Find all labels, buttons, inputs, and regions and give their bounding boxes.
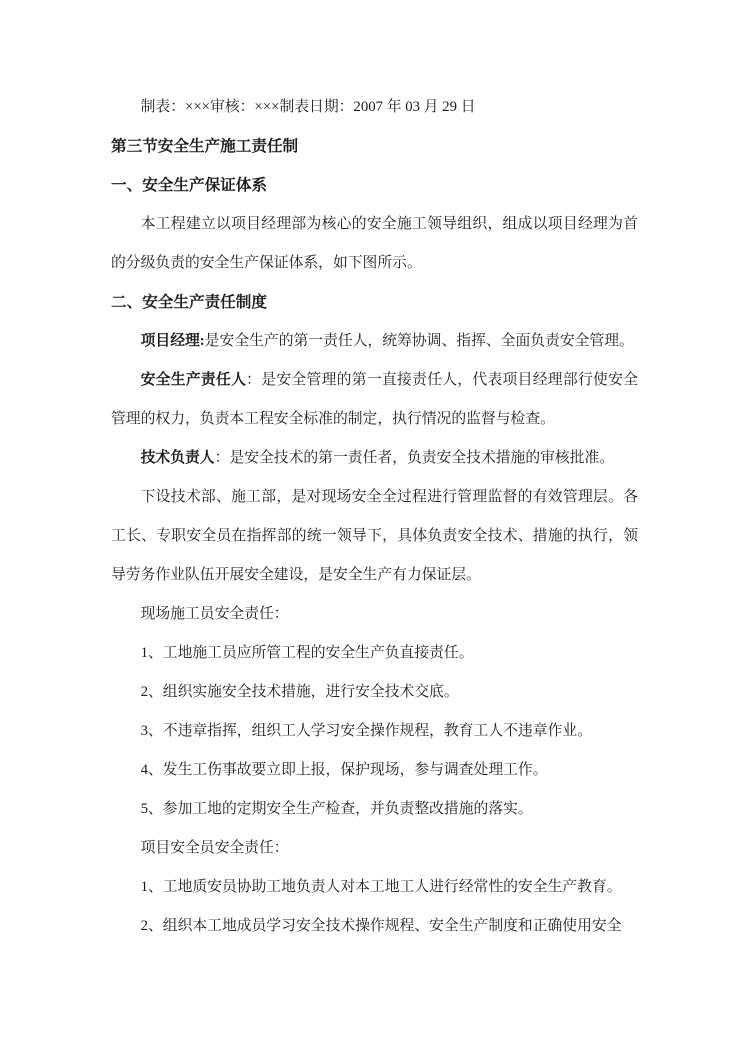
paragraph: 现场施工员安全责任： xyxy=(111,595,638,634)
paragraph: 5、参加工地的定期安全生产检查，并负责整改措施的落实。 xyxy=(111,790,638,829)
paragraph: 项目经理:是安全生产的第一责任人，统筹协调、指挥、全面负责安全管理。 xyxy=(111,322,638,361)
text-run: 2、组织本工地成员学习安全技术操作规程、安全生产制度和正确使用安全 xyxy=(141,918,622,934)
section-heading: 第三节安全生产施工责任制 xyxy=(111,127,638,166)
text-run: 一、安全生产保证体系 xyxy=(111,177,267,194)
paragraph: 3、不违章指挥，组织工人学习安全操作规程，教育工人不违章作业。 xyxy=(111,712,638,751)
text-run: 项目经理: xyxy=(141,333,205,349)
paragraph: 下设技术部、施工部，是对现场安全全过程进行管理监督的有效管理层。各工长、专职安全… xyxy=(111,478,638,595)
text-run: 1、工地质安员协助工地负责人对本工地工人进行经常性的安全生产教育。 xyxy=(141,879,622,895)
paragraph: 4、发生工伤事故要立即上报，保护现场，参与调查处理工作。 xyxy=(111,751,638,790)
paragraph: 2、组织本工地成员学习安全技术操作规程、安全生产制度和正确使用安全 xyxy=(111,907,638,946)
section-heading: 二、安全生产责任制度 xyxy=(111,283,638,322)
text-run: 4、发生工伤事故要立即上报，保护现场，参与调查处理工作。 xyxy=(141,762,548,778)
text-run: 安全生产责任人 xyxy=(141,372,247,388)
text-run: 5、参加工地的定期安全生产检查，并负责整改措施的落实。 xyxy=(141,801,533,817)
text-run: 2、组织实施安全技术措施，进行安全技术交底。 xyxy=(141,684,459,700)
text-run: 第三节安全生产施工责任制 xyxy=(111,138,298,155)
paragraph: 1、工地施工员应所管工程的安全生产负直接责任。 xyxy=(111,634,638,673)
paragraph: 制表：×××审核：×××制表日期：2007 年 03 月 29 日 xyxy=(111,88,638,127)
text-run: 项目安全员安全责任： xyxy=(141,840,289,856)
text-run: ：是安全技术的第一责任者，负责安全技术措施的审核批准。 xyxy=(215,450,615,466)
document-page: 制表：×××审核：×××制表日期：2007 年 03 月 29 日第三节安全生产… xyxy=(0,0,744,1052)
paragraph: 安全生产责任人：是安全管理的第一直接责任人，代表项目经理部行使安全管理的权力，负… xyxy=(111,361,638,439)
paragraph: 2、组织实施安全技术措施，进行安全技术交底。 xyxy=(111,673,638,712)
text-run: 制表：×××审核：×××制表日期：2007 年 03 月 29 日 xyxy=(141,99,476,115)
section-heading: 一、安全生产保证体系 xyxy=(111,166,638,205)
paragraph: 1、工地质安员协助工地负责人对本工地工人进行经常性的安全生产教育。 xyxy=(111,868,638,907)
text-run: 3、不违章指挥，组织工人学习安全操作规程，教育工人不违章作业。 xyxy=(141,723,592,739)
text-run: 下设技术部、施工部，是对现场安全全过程进行管理监督的有效管理层。各工长、专职安全… xyxy=(111,489,638,583)
text-run: 技术负责人 xyxy=(141,450,215,466)
text-run: 二、安全生产责任制度 xyxy=(111,294,267,311)
text-run: 1、工地施工员应所管工程的安全生产负直接责任。 xyxy=(141,645,474,661)
paragraph: 项目安全员安全责任： xyxy=(111,829,638,868)
document-content: 制表：×××审核：×××制表日期：2007 年 03 月 29 日第三节安全生产… xyxy=(111,88,638,946)
paragraph: 本工程建立以项目经理部为核心的安全施工领导组织，组成以项目经理为首的分级负责的安… xyxy=(111,205,638,283)
paragraph: 技术负责人：是安全技术的第一责任者，负责安全技术措施的审核批准。 xyxy=(111,439,638,478)
text-run: 现场施工员安全责任： xyxy=(141,606,289,622)
text-run: 本工程建立以项目经理部为核心的安全施工领导组织，组成以项目经理为首的分级负责的安… xyxy=(111,216,638,271)
text-run: 是安全生产的第一责任人，统筹协调、指挥、全面负责安全管理。 xyxy=(205,333,634,349)
